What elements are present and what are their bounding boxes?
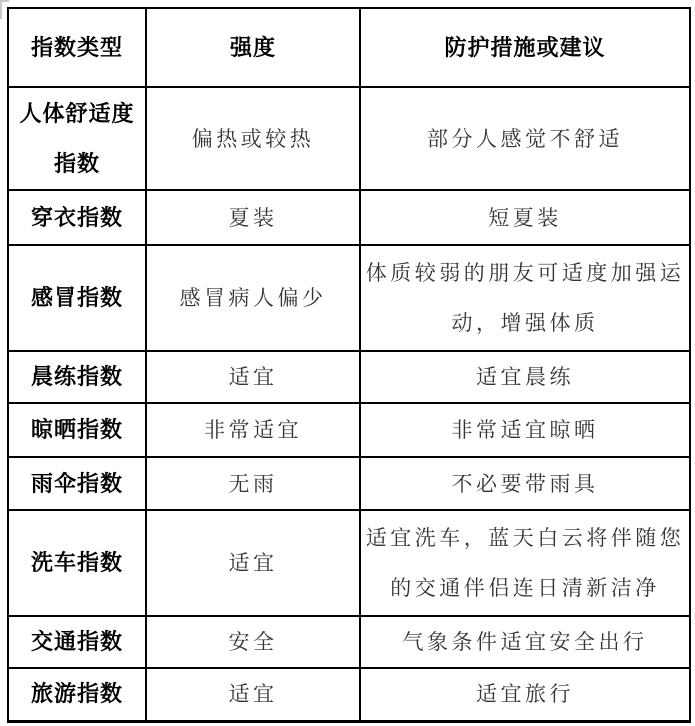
- strength-cell: 无雨: [146, 457, 360, 510]
- table-row: 穿衣指数 夏装 短夏装: [8, 190, 690, 245]
- table-row: 洗车指数 适宜 适宜洗车，蓝天白云将伴随您的交通伴侣连日清新洁净: [8, 510, 690, 616]
- table-row: 雨伞指数 无雨 不必要带雨具: [8, 457, 690, 510]
- table-row: 晾晒指数 非常适宜 非常适宜晾晒: [8, 403, 690, 457]
- advice-cell: 非常适宜晾晒: [360, 403, 690, 457]
- column-header-strength: 强度: [146, 8, 360, 87]
- table-row: 旅游指数 适宜 适宜旅行: [8, 668, 690, 721]
- index-type-cell: 晨练指数: [8, 351, 146, 403]
- advice-cell: 适宜晨练: [360, 351, 690, 403]
- strength-cell: 感冒病人偏少: [146, 245, 360, 351]
- index-type-cell: 穿衣指数: [8, 190, 146, 245]
- table-row: 人体舒适度指数 偏热或较热 部分人感觉不舒适: [8, 87, 690, 190]
- advice-cell: 适宜旅行: [360, 668, 690, 721]
- table-header-row: 指数类型 强度 防护措施或建议: [8, 8, 690, 87]
- strength-cell: 非常适宜: [146, 403, 360, 457]
- index-type-cell: 交通指数: [8, 616, 146, 668]
- weather-index-table: 指数类型 强度 防护措施或建议 人体舒适度指数 偏热或较热 部分人感觉不舒适 穿…: [7, 7, 691, 723]
- table-row: 感冒指数 感冒病人偏少 体质较弱的朋友可适度加强运动，增强体质: [8, 245, 690, 351]
- column-header-index-type: 指数类型: [8, 8, 146, 87]
- index-type-cell: 洗车指数: [8, 510, 146, 616]
- advice-cell: 短夏装: [360, 190, 690, 245]
- table-row: 晨练指数 适宜 适宜晨练: [8, 351, 690, 403]
- index-type-cell: 感冒指数: [8, 245, 146, 351]
- strength-cell: 适宜: [146, 668, 360, 721]
- index-type-cell: 旅游指数: [8, 668, 146, 721]
- strength-cell: 偏热或较热: [146, 87, 360, 190]
- table-row: 交通指数 安全 气象条件适宜安全出行: [8, 616, 690, 668]
- strength-cell: 适宜: [146, 351, 360, 403]
- strength-cell: 适宜: [146, 510, 360, 616]
- screenshot-corner-artifact: [0, 0, 9, 2]
- strength-cell: 夏装: [146, 190, 360, 245]
- column-header-advice: 防护措施或建议: [360, 8, 690, 87]
- advice-cell: 适宜洗车，蓝天白云将伴随您的交通伴侣连日清新洁净: [360, 510, 690, 616]
- index-type-cell: 雨伞指数: [8, 457, 146, 510]
- strength-cell: 安全: [146, 616, 360, 668]
- screenshot-corner-artifact: [0, 0, 2, 19]
- advice-cell: 部分人感觉不舒适: [360, 87, 690, 190]
- advice-cell: 气象条件适宜安全出行: [360, 616, 690, 668]
- index-type-cell: 人体舒适度指数: [8, 87, 146, 190]
- index-type-cell: 晾晒指数: [8, 403, 146, 457]
- advice-cell: 体质较弱的朋友可适度加强运动，增强体质: [360, 245, 690, 351]
- advice-cell: 不必要带雨具: [360, 457, 690, 510]
